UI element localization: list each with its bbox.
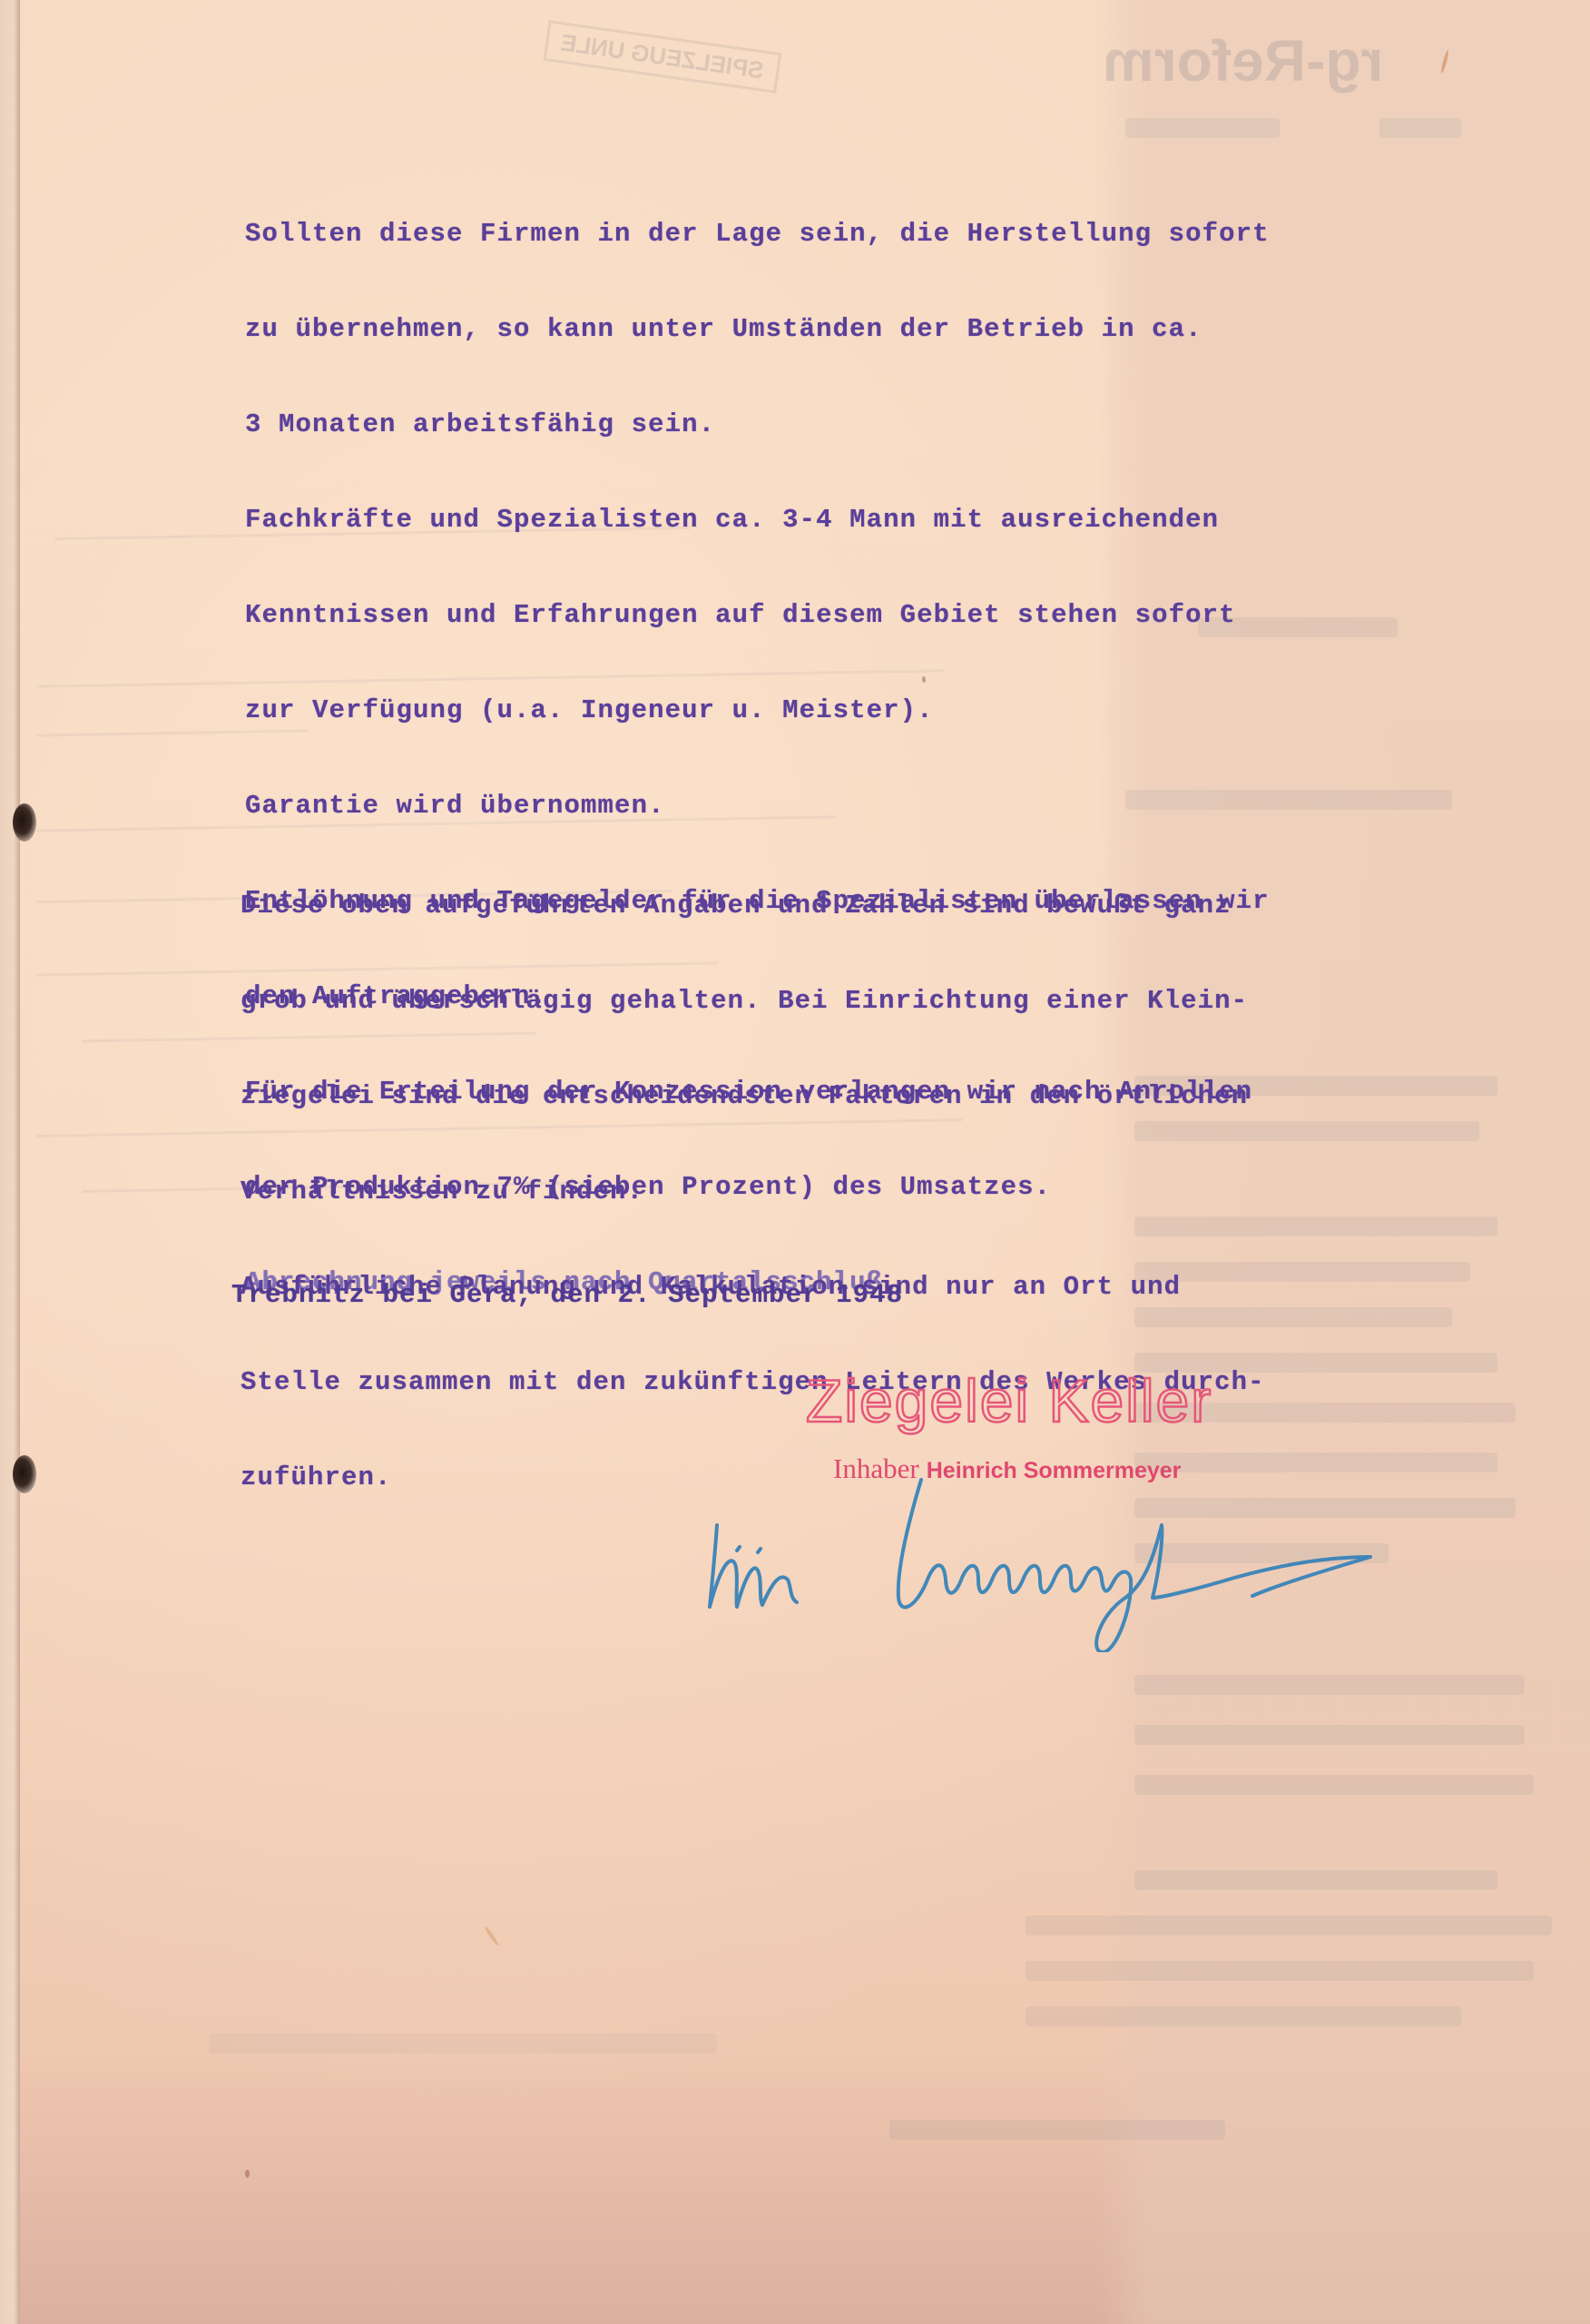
- punch-hole-lower: [13, 1455, 36, 1493]
- paper-speck: [245, 2170, 250, 2178]
- text-line: zu übernehmen, so kann unter Umständen d…: [245, 313, 1270, 345]
- text-line: grob und überschlägig gehalten. Bei Einr…: [240, 985, 1265, 1017]
- bleed-line: [1134, 1725, 1525, 1745]
- text-line: Kenntnissen und Erfahrungen auf diesem G…: [245, 599, 1270, 631]
- bleed-line: [1026, 2006, 1461, 2026]
- paper-page: rg-Reform SPIELZEUG UNLE Sollten diese F…: [0, 0, 1590, 2324]
- bleed-line: [1125, 118, 1280, 138]
- text-line: zur Verfügung (u.a. Ingeneur u. Meister)…: [245, 694, 1270, 726]
- text-line: 3 Monaten arbeitsfähig sein.: [245, 409, 1270, 440]
- bleed-through-stamp: SPIELZEUG UNLE: [543, 20, 781, 94]
- company-stamp: Ziegelei Keller: [806, 1371, 1212, 1431]
- bleed-line: [1134, 1675, 1525, 1695]
- punch-hole-upper: [13, 803, 36, 842]
- paper-speck: [484, 1925, 500, 1947]
- bleed-line: [1134, 1775, 1534, 1795]
- text-line: ziegelei sind die entscheidendsten Fakto…: [240, 1080, 1265, 1112]
- bleed-line: [1379, 118, 1461, 138]
- bleed-line: [209, 2033, 717, 2053]
- bleed-line: [1134, 1870, 1497, 1890]
- paragraph-disclaimer: Diese oben aufgeführten Angaben und Zahl…: [240, 826, 1265, 1557]
- bleed-line: [1026, 1915, 1552, 1935]
- text-line: Sollten diese Firmen in der Lage sein, d…: [245, 218, 1270, 250]
- binding-edge: [0, 0, 20, 2324]
- text-line: Verhältnissen zu finden.: [240, 1176, 1265, 1207]
- signature-icon: [690, 1471, 1507, 1652]
- bleed-through-header: rg-Reform: [1103, 27, 1383, 94]
- text-line: Garantie wird übernommen.: [245, 790, 1270, 822]
- text-line: Fachkräfte und Spezialisten ca. 3-4 Mann…: [245, 504, 1270, 536]
- bleed-line: [1026, 1961, 1534, 1981]
- text-line: Diese oben aufgeführten Angaben und Zahl…: [240, 890, 1265, 921]
- place-date: Trebnitz bei Gera, den 2. September 1948: [231, 1280, 903, 1310]
- bleed-line: [889, 2120, 1225, 2140]
